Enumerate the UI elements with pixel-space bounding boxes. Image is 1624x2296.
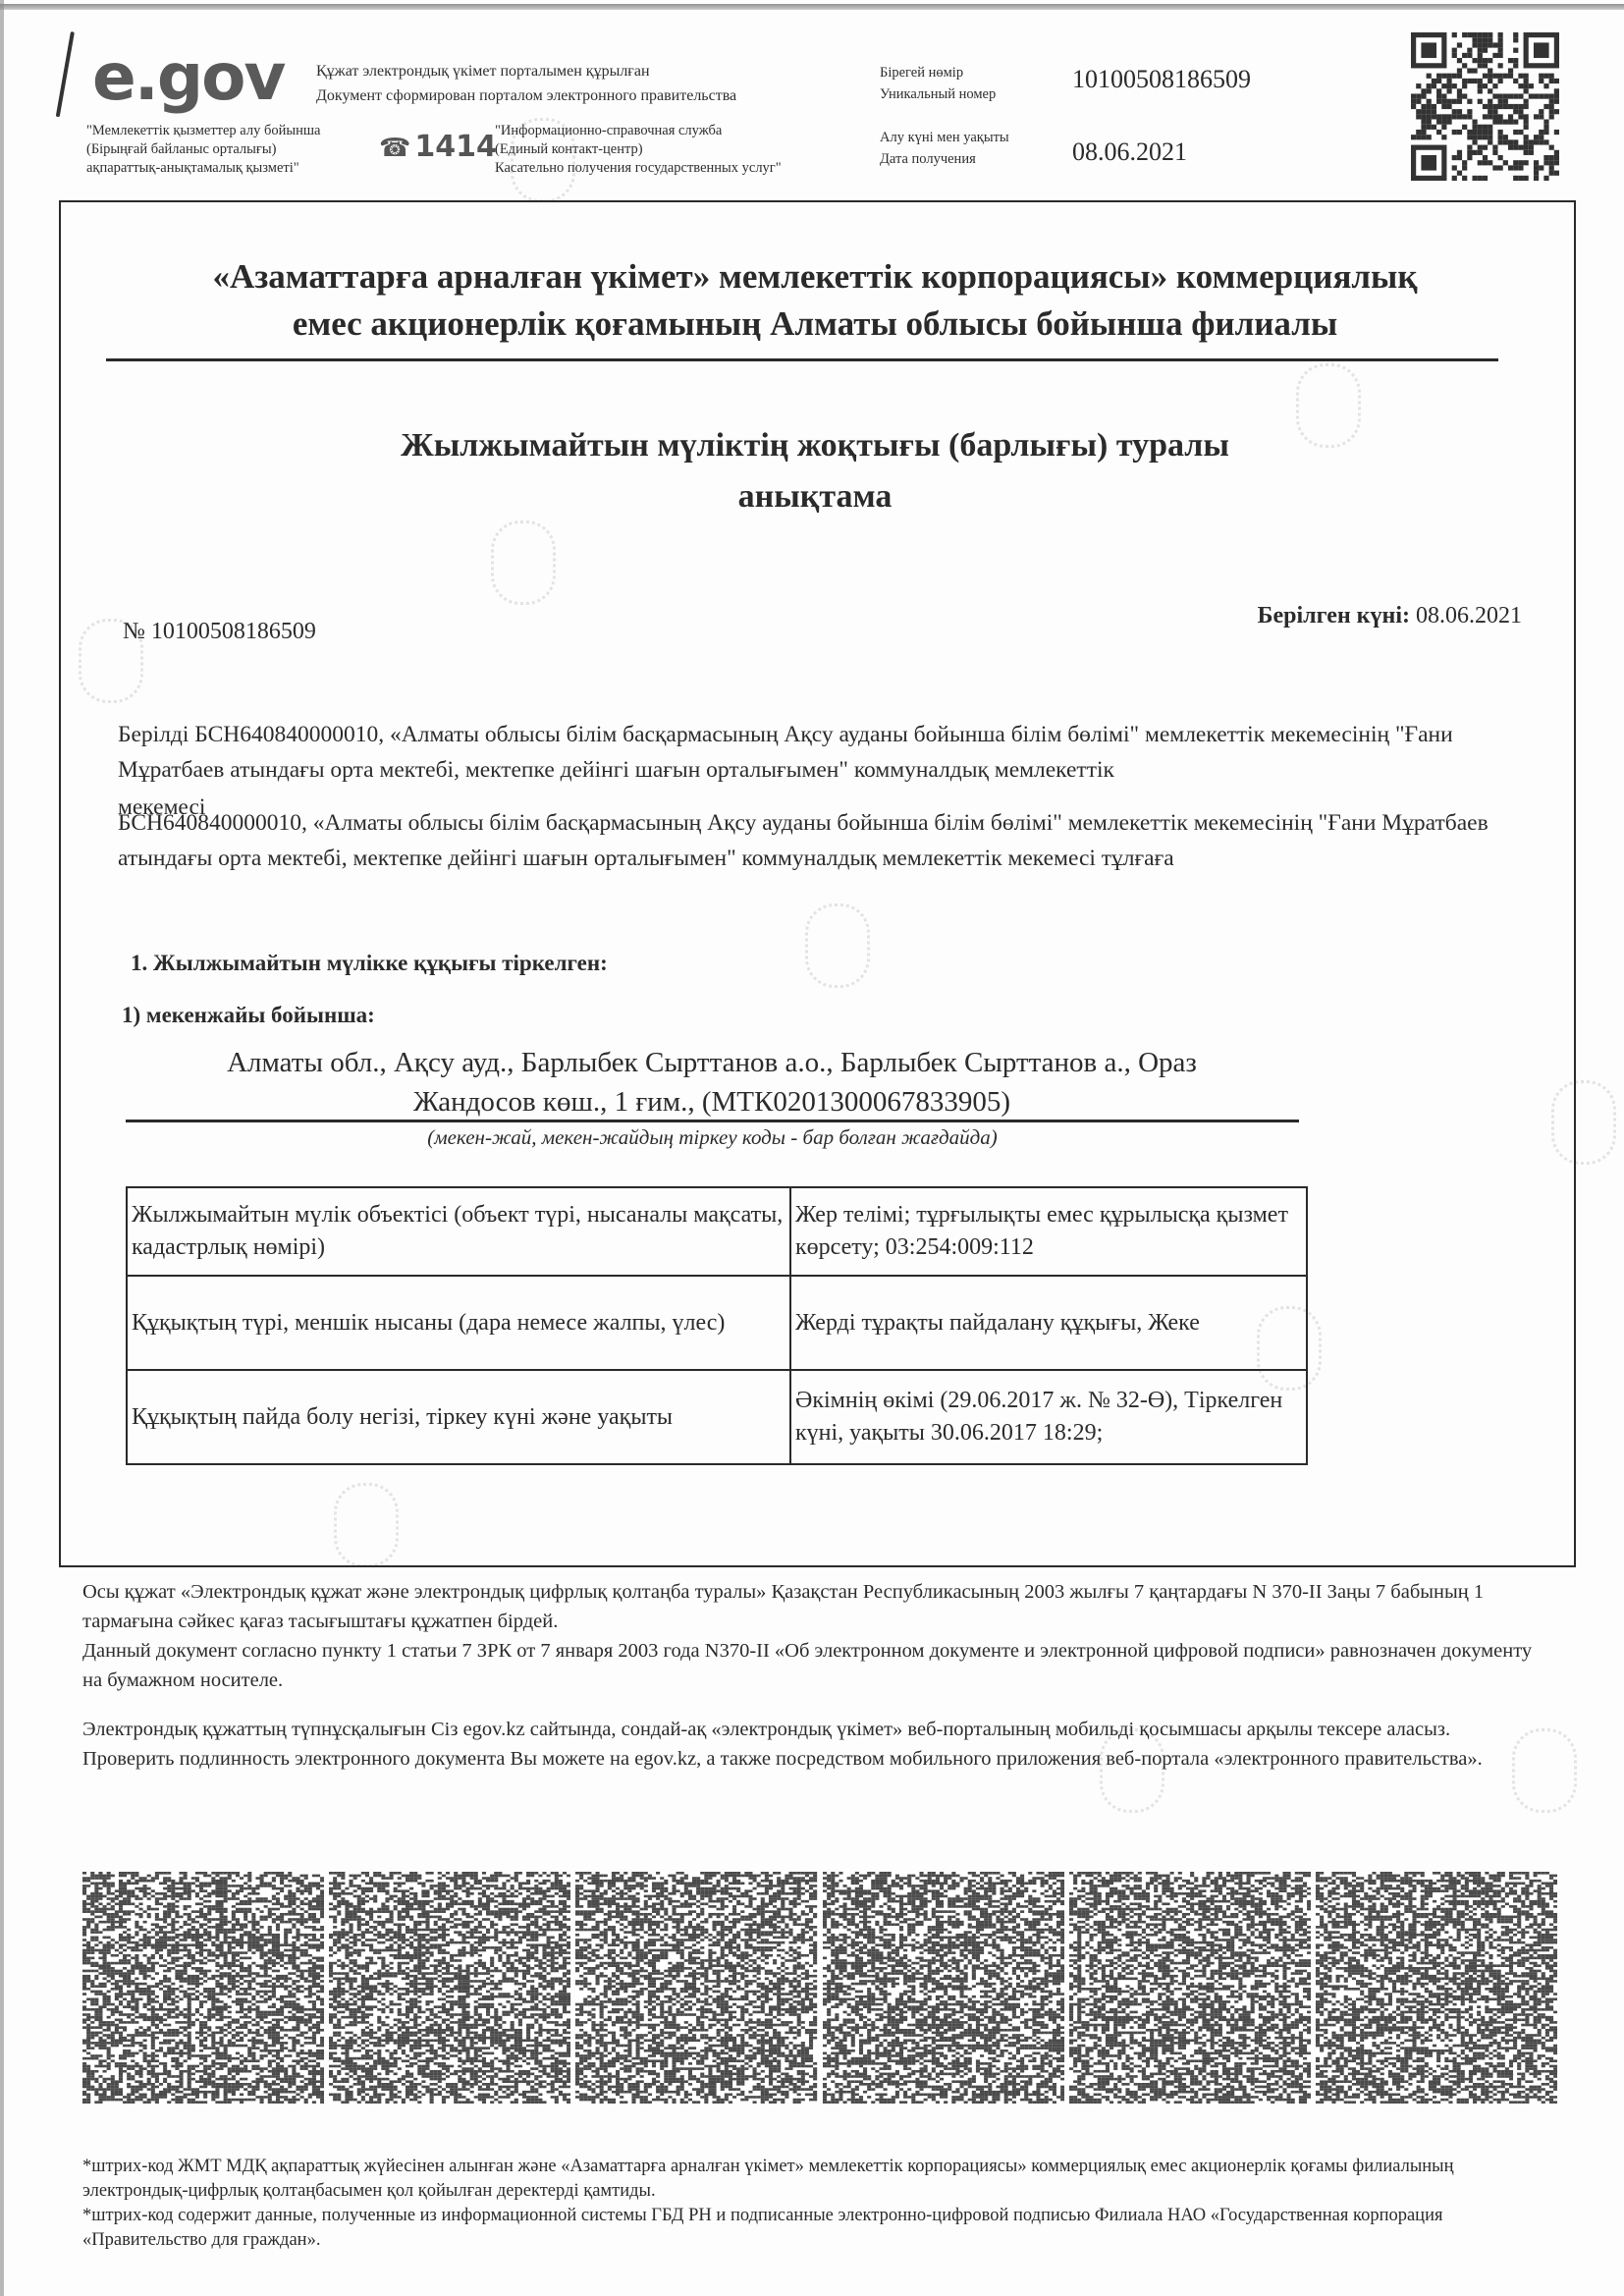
row-value: Жерді тұрақты пайдалану құқығы, Жеке	[790, 1276, 1307, 1370]
row-key: Жылжымайтын мүлік объектісі (объект түрі…	[127, 1187, 790, 1276]
meta-labels: Бірегей нөмір Уникальный номер Алу күні …	[880, 62, 1009, 170]
unique-label-ru: Уникальный номер	[880, 83, 1009, 105]
table-row: Құқықтың пайда болу негізі, тіркеу күні …	[127, 1370, 1307, 1464]
title-divider	[106, 358, 1498, 361]
egov-logo: e.gov	[67, 27, 283, 126]
service-caption-kz: "Мемлекеттік қызметтер алу бойынша (Біры…	[86, 122, 320, 178]
table-row: Жылжымайтын мүлік объектісі (объект түрі…	[127, 1187, 1307, 1276]
legal-notice: Осы құжат «Электрондық құжат және электр…	[82, 1577, 1555, 1695]
logo-stick	[56, 31, 75, 117]
row-key: Құқықтың түрі, меншік нысаны (дара немес…	[127, 1276, 790, 1370]
row-key: Құқықтың пайда болу негізі, тіркеу күні …	[127, 1370, 790, 1464]
qr-code-icon	[1411, 32, 1559, 181]
service-kz-line: "Мемлекеттік қызметтер алу бойынша	[86, 122, 320, 140]
unique-label-kz: Бірегей нөмір	[880, 62, 1009, 83]
section-heading: 1. Жылжымайтын мүлікке құқығы тіркелген:	[131, 951, 608, 976]
unique-number: 10100508186509	[1072, 65, 1251, 94]
portal-caption-kz: Құжат электрондық үкімет порталымен құры…	[316, 59, 736, 83]
doc-title-line: анықтама	[196, 471, 1434, 522]
scan-edge-left	[0, 0, 4, 2296]
phone-icon: ☎	[379, 134, 410, 163]
legal-notice-ru: Данный документ согласно пункту 1 статьи…	[82, 1636, 1555, 1695]
pdf417-barcode-icon	[823, 1872, 1064, 2104]
issued-value: 08.06.2021	[1416, 603, 1522, 629]
document-number: № 10100508186509	[123, 619, 316, 645]
issued-to-paragraph: Берілді БСН640840000010, «Алматы облысы …	[118, 717, 1532, 788]
barcode-note-kz: *штрих-код ЖМТ МДҚ ақпараттық жүйесінен …	[82, 2155, 1555, 2204]
logo-text: e.gov	[92, 39, 284, 115]
doc-title-line: Жылжымайтын мүліктің жоқтығы (барлығы) т…	[196, 420, 1434, 471]
row-value: Жер телімі; тұрғылықты емес құрылысқа қы…	[790, 1187, 1307, 1276]
document-title: Жылжымайтын мүліктің жоқтығы (барлығы) т…	[196, 420, 1434, 522]
pdf417-barcode-icon	[1069, 1872, 1311, 2104]
date-label-kz: Алу күні мен уақыты	[880, 127, 1009, 148]
organization-title: «Азаматтарға арналған үкімет» мемлекетті…	[98, 253, 1532, 348]
contact-phone: ☎1414	[379, 130, 497, 164]
org-title-line: «Азаматтарға арналған үкімет» мемлекетті…	[98, 253, 1532, 301]
receipt-date: 08.06.2021	[1072, 137, 1187, 167]
table-row: Құқықтың түрі, меншік нысаны (дара немес…	[127, 1276, 1307, 1370]
pdf417-barcode-icon	[1316, 1872, 1557, 2104]
address-note: (мекен-жай, мекен-жайдың тіркеу коды - б…	[126, 1125, 1299, 1150]
service-ru-line: Касательно получения государственных усл…	[495, 159, 782, 178]
subsection-heading: 1) мекенжайы бойынша:	[122, 1003, 375, 1028]
issued-date: Берілген күні: 08.06.2021	[1258, 603, 1522, 629]
verification-kz: Электрондық құжаттың түпнұсқалығын Сіз e…	[82, 1715, 1555, 1744]
barcode-strip	[82, 1872, 1557, 2104]
portal-caption-ru: Документ сформирован порталом электронно…	[316, 83, 736, 108]
service-kz-line: ақпараттық-анықтамалық қызметі"	[86, 159, 320, 178]
issued-label: Берілген күні:	[1258, 603, 1410, 629]
service-caption-ru: "Информационно-справочная служба (Единый…	[495, 122, 782, 178]
pdf417-barcode-icon	[575, 1872, 817, 2104]
scan-edge	[0, 4, 1624, 10]
property-table: Жылжымайтын мүлік объектісі (объект түрі…	[126, 1186, 1308, 1465]
pdf417-barcode-icon	[82, 1872, 324, 2104]
service-kz-line: (Бірыңғай байланыс орталығы)	[86, 140, 320, 159]
pdf417-barcode-icon	[329, 1872, 570, 2104]
property-address: Алматы обл., Ақсу ауд., Барлыбек Сырттан…	[128, 1043, 1296, 1121]
phone-number: 1414	[414, 130, 497, 164]
recipient-paragraph: БСН640840000010, «Алматы облысы білім ба…	[118, 805, 1532, 876]
address-underline	[126, 1120, 1299, 1122]
legal-notice-kz: Осы құжат «Электрондық құжат және электр…	[82, 1577, 1555, 1636]
verification-ru: Проверить подлинность электронного докум…	[82, 1744, 1555, 1774]
verification-notice: Электрондық құжаттың түпнұсқалығын Сіз e…	[82, 1715, 1555, 1774]
address-line: Жандосов көш., 1 ғим., (МТК0201300067833…	[128, 1082, 1296, 1121]
address-line: Алматы обл., Ақсу ауд., Барлыбек Сырттан…	[128, 1043, 1296, 1082]
row-value: Әкімнің өкімі (29.06.2017 ж. № 32-Ө), Ті…	[790, 1370, 1307, 1464]
date-label-ru: Дата получения	[880, 148, 1009, 170]
service-ru-line: "Информационно-справочная служба	[495, 122, 782, 140]
service-ru-line: (Единый контакт-центр)	[495, 140, 782, 159]
barcode-notes: *штрих-код ЖМТ МДҚ ақпараттық жүйесінен …	[82, 2155, 1555, 2253]
portal-caption: Құжат электрондық үкімет порталымен құры…	[316, 59, 736, 108]
org-title-line: емес акционерлік қоғамының Алматы облысы…	[98, 301, 1532, 348]
barcode-note-ru: *штрих-код содержит данные, полученные и…	[82, 2204, 1555, 2253]
